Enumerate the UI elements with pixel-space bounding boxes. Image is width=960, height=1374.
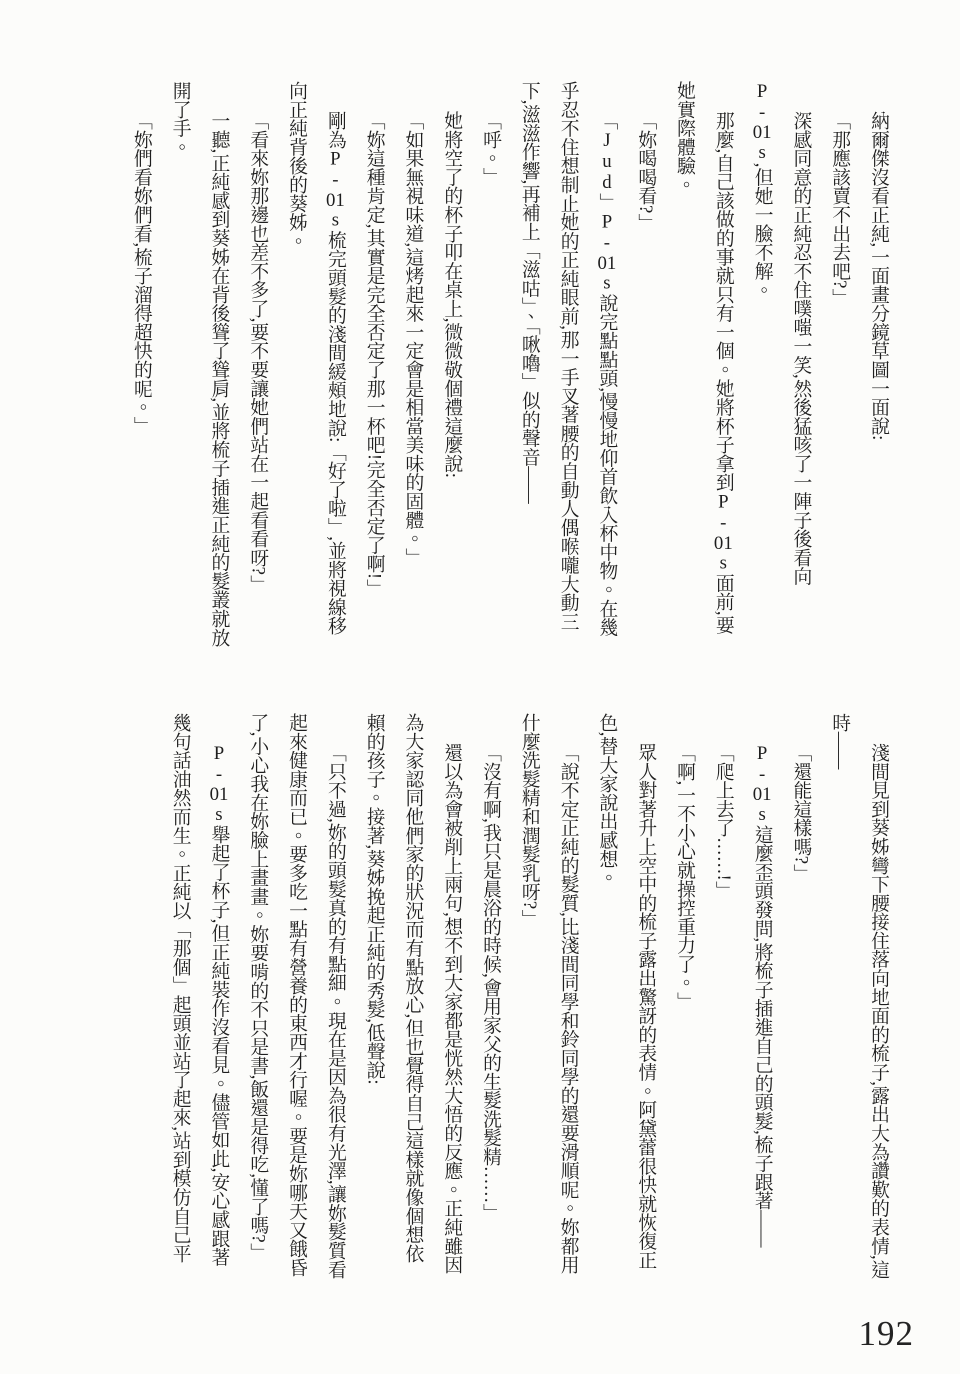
latin-run: P <box>325 149 346 170</box>
paragraph: 「Jud」P-01s說完點點頭,慢慢地仰首飲入杯中物。在幾乎忍不住想制止她的正純… <box>509 81 625 649</box>
latin-run: 01 <box>208 785 229 804</box>
paragraph: 「如果無視味道,這烤起來一定會是相當美味的固體。」 <box>393 81 432 649</box>
latin-run: - <box>713 513 734 534</box>
paragraph: 「妳們看妳們看,梳子溜得超快的呢。」 <box>121 81 160 649</box>
latin-run: - <box>208 764 229 785</box>
paragraph: 「看來妳那邊也差不多了,要不要讓她們站在一起看看呀?」 <box>237 81 276 649</box>
latin-run: s <box>752 142 773 163</box>
paragraph: 淺間見到葵姊彎下腰接住落向地面的梳子,露出大為讚歎的表情,這時—— <box>819 713 897 1281</box>
paragraph: 「啊,一不小心就操控重力了。」 <box>664 713 703 1281</box>
paragraph: P-01s這麼歪頭發問,將梳子插進自己的頭髮,梳子跟著—— <box>742 713 781 1281</box>
paragraph: 那麼,自己該做的事就只有一個。她將杯子拿到P-01s面前,要她實際體驗。 <box>664 81 742 649</box>
paragraph: 「還能這樣嗎?」 <box>781 713 820 1281</box>
latin-run: 01 <box>596 254 617 273</box>
latin-run: 01 <box>752 785 773 804</box>
paragraph: 剛為P-01s梳完頭髮的淺間緩頰地說:「好了啦」,並將視線移向正純背後的葵姊。 <box>276 81 354 649</box>
book-page: 納爾傑沒看正純,一面畫分鏡草圖一面說:「那應該賣不出去吧?」深感同意的正純忍不住… <box>0 0 960 1374</box>
latin-run: 01 <box>325 191 346 210</box>
paragraph: 一聽,正純感到葵姊在背後聳了聳肩,並將梳子插進正純的髮叢就放開了手。 <box>160 81 238 649</box>
paragraph: 納爾傑沒看正純,一面畫分鏡草圖一面說: <box>858 81 897 649</box>
paragraph: 「沒有啊,我只是晨浴的時候,會用家父的生髮洗髮精……」 <box>470 713 509 1281</box>
latin-run: - <box>752 764 773 785</box>
paragraph: 「妳喝喝看?」 <box>625 81 664 649</box>
latin-run: - <box>325 170 346 191</box>
paragraph: 還以為會被削上兩句,想不到大家都是恍然大悟的反應。正純雖因為大家認同他們家的狀況… <box>354 713 470 1281</box>
latin-run: 01 <box>713 534 734 553</box>
paragraph: 「爬上去了……!」 <box>703 713 742 1281</box>
paragraph: 「只不過,妳的頭髮真的有點細。現在是因為很有光澤,讓妳髮質看起來健康而已。要多吃… <box>237 713 353 1281</box>
paragraph: 「妳這種肯定,其實是完全否定了那一杯吧!完全否定了啊!」 <box>354 81 393 649</box>
latin-run: s <box>713 552 734 573</box>
latin-run: - <box>596 233 617 254</box>
latin-run: - <box>752 102 773 123</box>
latin-run: P <box>596 212 617 233</box>
paragraph: 她將空了的杯子叩在桌上,微微敬個禮這麼說: <box>431 81 470 649</box>
latin-run: P <box>752 743 773 764</box>
latin-run: Jud <box>596 130 617 193</box>
text-block-bottom: 淺間見到葵姊彎下腰接住落向地面的梳子,露出大為讚歎的表情,這時——「還能這樣嗎?… <box>160 713 897 1281</box>
latin-run: s <box>208 804 229 825</box>
paragraph: 「呼。」 <box>470 81 509 649</box>
text-block-top: 納爾傑沒看正純,一面畫分鏡草圖一面說:「那應該賣不出去吧?」深感同意的正純忍不住… <box>121 81 897 649</box>
page-number: 192 <box>859 1314 915 1354</box>
latin-run: P <box>752 81 773 102</box>
paragraph: P-01s舉起了杯子,但正純裝作沒看見。儘管如此,安心感跟著幾句話油然而生。正純… <box>160 713 238 1281</box>
paragraph: 「那應該賣不出去吧?」 <box>819 81 858 649</box>
latin-run: s <box>752 804 773 825</box>
latin-run: 01 <box>752 123 773 142</box>
latin-run: P <box>713 492 734 513</box>
latin-run: s <box>325 209 346 230</box>
paragraph: 深感同意的正純忍不住噗嗤一笑,然後猛咳了一陣子後看向P-01s,但她一臉不解。 <box>742 81 820 649</box>
paragraph: 眾人對著升上空中的梳子露出驚訝的表情。阿黛蕾很快就恢復正色,替大家說出感想。 <box>587 713 665 1281</box>
latin-run: P <box>208 743 229 764</box>
paragraph: 「說不定正純的髮質,比淺間同學和鈴同學的還要滑順呢。妳都用什麼洗髮精和潤髮乳呀?… <box>509 713 587 1281</box>
latin-run: s <box>596 272 617 293</box>
